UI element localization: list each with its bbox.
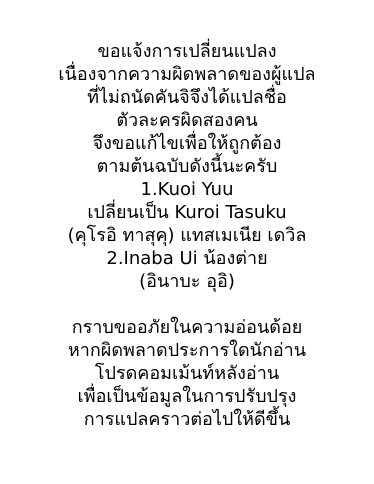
correction-item-2: 2.Inaba Ui น้องต่าย: [0, 247, 374, 270]
notice-line: จึงขอแก้ไขเพื่อให้ถูกต้อง: [0, 132, 374, 155]
correction-item-1-reading: (คุโรอิ ทาสุคุ) แทสเมเนีย เดวิล: [0, 224, 374, 247]
apology-line: เพื่อเป็นข้อมูลในการปรับปรุง: [0, 385, 374, 408]
paragraph-gap: [0, 293, 374, 316]
correction-item-2-reading: (อินาบะ อุอิ): [0, 270, 374, 293]
correction-item-1-original: 1.Kuoi Yuu: [0, 178, 374, 201]
apology-line: หากผิดพลาดประการใดนักอ่าน: [0, 339, 374, 362]
notice-line: เนื่องจากความผิดพลาดของผู้แปล: [0, 63, 374, 86]
notice-line: ตัวละครผิดสองคน: [0, 109, 374, 132]
apology-line: การแปลคราวต่อไปให้ดีขึ้น: [0, 408, 374, 431]
translator-notice: ขอแจ้งการเปลี่ยนแปลง เนื่องจากความผิดพลา…: [0, 40, 374, 431]
apology-line: โปรดคอมเม้นท์หลังอ่าน: [0, 362, 374, 385]
correction-item-1-new: เปลี่ยนเป็น Kuroi Tasuku: [0, 201, 374, 224]
notice-line: ตามต้นฉบับดังนี้นะครับ: [0, 155, 374, 178]
notice-line: ที่ไม่ถนัดคันจิจึงได้แปลชื่อ: [0, 86, 374, 109]
notice-line: ขอแจ้งการเปลี่ยนแปลง: [0, 40, 374, 63]
apology-line: กราบขออภัยในความอ่อนด้อย: [0, 316, 374, 339]
